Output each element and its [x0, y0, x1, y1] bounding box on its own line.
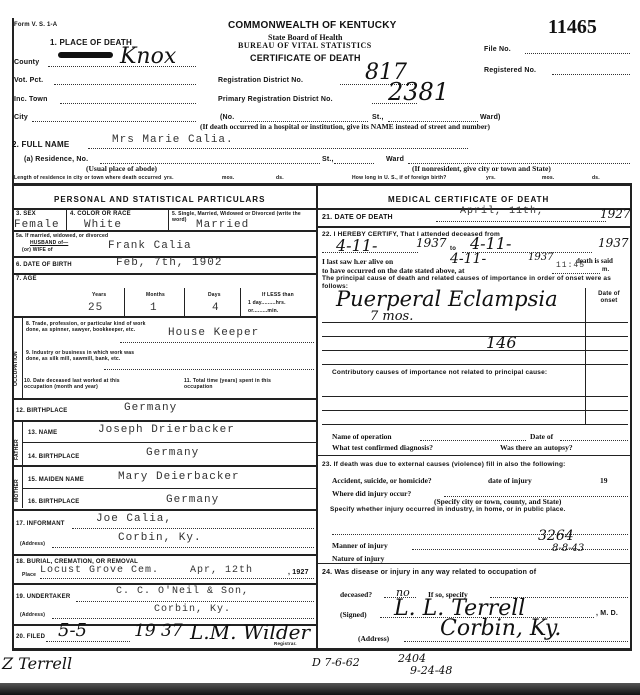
filed-value: 5-5 [58, 620, 87, 641]
annotation-date: 8-8-43 [552, 543, 584, 554]
manner-injury-label: Manner of injury [332, 541, 388, 550]
undertaker-address-field[interactable] [52, 618, 314, 619]
vot-pct-label: Vot. Pct. [14, 77, 43, 84]
stamp-number: 11465 [548, 16, 597, 39]
days-label: Days [208, 292, 221, 298]
age-days-value: 4 [212, 302, 220, 314]
us-yrs-label: yrs. [486, 175, 496, 181]
specify-where-label: Specify whether injury occurred in indus… [330, 506, 628, 513]
age-years-value: 25 [88, 302, 103, 314]
burial-place-value: Locust Grove Cem. [40, 565, 159, 576]
city-label: City [14, 114, 28, 121]
how-long-us-label: How long in U. S., if of foreign birth? [352, 175, 446, 181]
physician-address-label: (Address) [358, 634, 389, 643]
col-line [240, 288, 241, 316]
hospital-note: (If death occurred in a hospital or inst… [200, 122, 490, 131]
signed-label: (Signed) [340, 610, 367, 619]
reg-district-label: Registration District No. [218, 77, 303, 84]
burial-year: , 1927 [288, 569, 309, 576]
last-saw-label: I last saw h.er alive on [322, 257, 393, 266]
full-name-field[interactable] [88, 148, 468, 149]
row-line [12, 465, 316, 467]
specify-city-note: (Specify city or town, county, and State… [434, 497, 561, 506]
from-date-field[interactable] [322, 252, 418, 253]
less-than-label: If LESS than [262, 292, 294, 298]
row-line [12, 509, 316, 511]
age-months-value: 1 [150, 302, 158, 314]
residence-st-label: St., [322, 156, 334, 163]
test-label: What test confirmed diagnosis? [332, 443, 433, 452]
occurred-label: to have occurred on the date stated abov… [322, 266, 465, 275]
cause-line [322, 364, 628, 365]
informant-address-field[interactable] [52, 547, 314, 548]
row-line [12, 230, 316, 232]
undertaker-address-value: Corbin, Ky. [154, 604, 231, 615]
form-number: Form V. S. 1-A [14, 22, 57, 28]
doc-title: COMMONWEALTH OF KENTUCKY [228, 20, 397, 31]
registered-no-label: Registered No. [484, 67, 536, 74]
burial-date-value: Apr, 12th [190, 565, 253, 576]
md-label: , M. D. [596, 610, 618, 617]
manner-injury-field[interactable] [412, 549, 628, 550]
trade-value: House Keeper [168, 327, 259, 339]
spouse-label-1: 5a. If married, widowed, or divorced [16, 233, 108, 239]
col-line [124, 288, 125, 316]
row-line [316, 563, 632, 564]
where-injury-label: Where did injury occur? [332, 489, 411, 498]
trade-label: 8. Trade, profession, or particular kind… [26, 321, 146, 333]
usual-abode-note: (Usual place of abode) [86, 164, 157, 173]
mother-name-value: Mary Deierbacker [118, 471, 240, 483]
registered-no-field[interactable] [552, 74, 630, 75]
filed-year: 19 37 [134, 621, 183, 641]
row-line [316, 226, 632, 228]
mother-side-label: MOTHER [14, 479, 20, 502]
m-label: m. [602, 267, 609, 273]
informant-address-label: (Address) [20, 541, 45, 547]
dod-field[interactable] [436, 221, 606, 222]
spouse-label-3: (or) WIFE of [22, 247, 53, 253]
spouse-value: Frank Calia [108, 240, 192, 252]
undertaker-label: 19. UNDERTAKER [16, 594, 70, 600]
father-side-label: FATHER [14, 439, 20, 460]
row-line [12, 398, 316, 400]
col-line [66, 208, 67, 230]
filed-field[interactable] [46, 641, 130, 642]
total-time-label: 11. Total time (years) spent in this occ… [184, 378, 274, 390]
row-line [22, 488, 316, 489]
row-line [12, 316, 316, 318]
burial-place-field[interactable] [40, 578, 314, 579]
medical-section-title: MEDICAL CERTIFICATE OF DEATH [388, 195, 549, 204]
row-line [12, 420, 316, 422]
residence-ward-label: Ward [386, 156, 404, 163]
date-onset-label: Date of onset [592, 291, 626, 305]
col-line [184, 288, 185, 316]
row-line [22, 442, 316, 443]
row-line [316, 455, 632, 456]
autopsy-label: Was there an autopsy? [500, 443, 573, 452]
undertaker-value: C. C. O'Neil & Son, [116, 586, 249, 597]
county-label: County [14, 59, 39, 66]
us-ds-label: ds. [592, 175, 600, 181]
right-border [630, 186, 632, 650]
spouse-label-2: HUSBAND of— [30, 240, 68, 246]
external-causes-label: 23. If death was due to external causes … [322, 461, 628, 468]
informant-label: 17. INFORMANT [16, 521, 65, 527]
cause-line [322, 336, 628, 337]
file-no-field[interactable] [525, 53, 630, 54]
informant-field[interactable] [72, 528, 314, 529]
dod-label: 21. DATE OF DEATH [322, 214, 393, 221]
undertaker-field[interactable] [76, 601, 314, 602]
date-of-label: Date of [530, 432, 553, 441]
last-saw-year: 1937 [528, 252, 553, 263]
st-label: St., [372, 114, 384, 121]
time-field[interactable] [552, 273, 600, 274]
nineteen-label: 19 [600, 476, 608, 485]
scan-edge-shadow [0, 683, 640, 695]
father-name-value: Joseph Drierbacker [98, 424, 235, 436]
us-mos-label: mos. [542, 175, 554, 181]
from-year: 1937 [416, 236, 447, 250]
residence-label: (a) Residence, No. [24, 156, 88, 163]
no-label: (No. [220, 114, 234, 121]
physician-address-value: Corbin, Ky. [440, 616, 561, 641]
less-day-label: 1 day.........hrs. [248, 300, 286, 306]
file-no-label: File No. [484, 46, 511, 53]
mother-name-label: 15. MAIDEN NAME [28, 477, 84, 483]
to-year: 1937 [598, 236, 629, 250]
cause-line [322, 322, 628, 323]
burial-place-label: Place [22, 572, 36, 578]
time-value: 11:45 [556, 261, 585, 270]
age-label: 7. AGE [16, 276, 37, 282]
dod-year: 1927 [600, 207, 631, 221]
birthplace-label: 12. BIRTHPLACE [16, 408, 67, 414]
industry-label: 9. Industry or business in which work wa… [26, 350, 146, 362]
header-divider [12, 183, 632, 186]
cause-of-death-value: Puerperal Eclampsia [336, 287, 558, 311]
margin-note-date-2: 9-24-48 [410, 664, 452, 677]
redaction-mark [58, 52, 113, 58]
row-line [12, 208, 316, 210]
race-label: 4. COLOR OR RACE [70, 211, 131, 217]
bottom-border [12, 648, 632, 651]
row-line [12, 554, 316, 556]
cause-line [322, 410, 628, 411]
full-name-label: 2. FULL NAME [12, 140, 69, 149]
mother-bp-label: 16. BIRTHPLACE [28, 499, 79, 505]
dob-label: 6. DATE OF BIRTH [16, 262, 72, 268]
informant-value: Joe Calia, [96, 513, 172, 525]
cause-line [322, 350, 628, 351]
father-name-label: 13. NAME [28, 430, 57, 436]
sex-label: 3. SEX [16, 211, 36, 217]
less-min-label: or.........min. [248, 308, 279, 314]
contrib-label: Contributory causes of importance not re… [332, 369, 562, 376]
birthplace-value: Germany [124, 402, 177, 414]
public-place-field[interactable] [332, 534, 628, 535]
row-line [12, 273, 316, 275]
annotation-code: 3264 [538, 528, 574, 544]
father-bp-label: 14. BIRTHPLACE [28, 454, 79, 460]
bureau-name: BUREAU OF VITAL STATISTICS [238, 41, 372, 50]
onset-col-line [585, 288, 586, 400]
last-worked-label: 10. Date deceased last worked at this oc… [24, 378, 136, 390]
mos-label: mos. [222, 175, 234, 181]
deceased-label: deceased? [340, 590, 372, 599]
certificate-title: CERTIFICATE OF DEATH [250, 53, 361, 63]
operation-label: Name of operation [332, 432, 392, 441]
residence-st-field[interactable] [334, 163, 374, 164]
occupation-side-line [22, 316, 23, 398]
years-label: Years [92, 292, 106, 298]
inc-town-label: Inc. Town [14, 96, 48, 103]
date-injury-label: date of injury [488, 476, 532, 485]
col-line [168, 208, 169, 230]
primary-reg-value: 2381 [388, 78, 449, 106]
vot-pct-field[interactable] [54, 84, 196, 85]
accident-label: Accident, suicide, or homicide? [332, 476, 432, 485]
date-of-field[interactable] [560, 440, 628, 441]
operation-field[interactable] [420, 440, 526, 441]
county-value: Knox [120, 44, 176, 69]
personal-section-title: PERSONAL AND STATISTICAL PARTICULARS [54, 195, 265, 204]
ward-label: Ward) [480, 114, 501, 121]
margin-note-date: D 7-6-62 [312, 656, 360, 669]
nature-injury-label: Nature of injury [332, 554, 384, 563]
physician-address-field[interactable] [404, 641, 628, 642]
nonresident-note: (If nonresident, give city or town and S… [412, 164, 551, 173]
full-name-value: Mrs Marie Calia. [112, 134, 234, 146]
dob-value: Feb, 7th, 1902 [116, 257, 222, 269]
occupation-related-label: 24. Was disease or injury in any way rel… [322, 569, 536, 576]
parent-side-line [22, 420, 23, 508]
center-divider [316, 186, 318, 650]
filed-label: 20. FILED [16, 634, 45, 640]
last-saw-date: 4-11- [450, 251, 486, 267]
occupation-side-label: OCCUPATION [13, 351, 19, 386]
cause-line [322, 396, 628, 397]
row-line [12, 583, 316, 585]
informant-address-value: Corbin, Ky. [118, 532, 202, 544]
dod-value: April, 11th, [460, 206, 544, 217]
mother-bp-value: Germany [166, 494, 219, 506]
city-field[interactable] [32, 121, 196, 122]
cause-line [322, 424, 628, 425]
inc-town-field[interactable] [60, 103, 196, 104]
months-label: Months [146, 292, 165, 298]
margin-note-terrell: Z Terrell [2, 654, 72, 673]
length-residence-label: Length of residence in city or town wher… [14, 175, 161, 181]
primary-reg-label: Primary Registration District No. [218, 96, 333, 103]
undertaker-address-label: (Address) [20, 612, 45, 618]
father-bp-value: Germany [146, 447, 199, 459]
yrs-label: yrs. [164, 175, 174, 181]
onset-col-line [585, 400, 586, 425]
trade-field[interactable] [120, 342, 314, 343]
industry-field[interactable] [104, 369, 314, 370]
ds-label: ds. [276, 175, 284, 181]
registrar-label: Registrar. [274, 641, 297, 646]
